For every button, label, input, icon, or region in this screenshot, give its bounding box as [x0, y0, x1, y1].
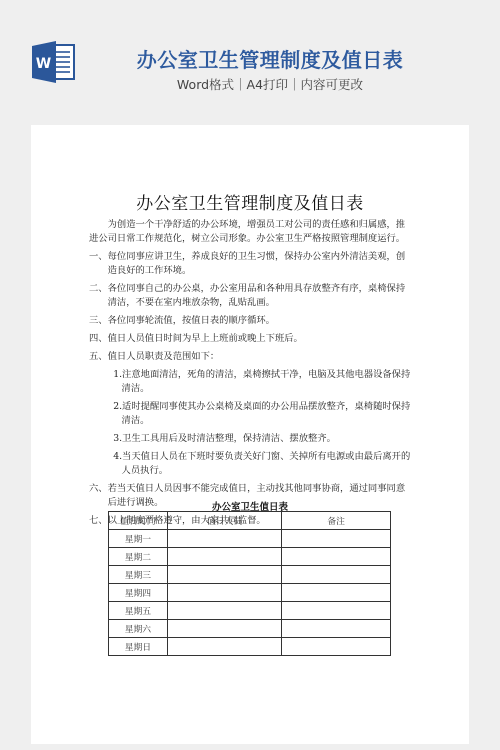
day-cell: 星期一 — [109, 530, 168, 548]
notes-cell — [282, 602, 391, 620]
word-icon: W — [30, 40, 76, 84]
rule-item: 二、各位同事自己的办公桌，办公室用品和各种用具存放整齐有序，桌椅保持清洁，不要在… — [89, 282, 411, 310]
duty-roster-table: 值日时间 值日人员 备注 星期一 星期二 星期三 星期四 星期五 — [108, 511, 391, 656]
document-body: 为创造一个干净舒适的办公环境，增强员工对公司的责任感和归属感，推进公司日常工作规… — [89, 218, 411, 532]
rule-item: 三、各位同事轮流值，按值日表的顺序循环。 — [89, 314, 411, 328]
notes-cell — [282, 530, 391, 548]
day-cell: 星期四 — [109, 584, 168, 602]
day-cell: 星期二 — [109, 548, 168, 566]
notes-cell — [282, 584, 391, 602]
day-cell: 星期五 — [109, 602, 168, 620]
table-row: 星期三 — [109, 566, 391, 584]
notes-cell — [282, 566, 391, 584]
intro-paragraph: 为创造一个干净舒适的办公环境，增强员工对公司的责任感和归属感，推进公司日常工作规… — [89, 218, 411, 246]
table-header-row: 值日时间 值日人员 备注 — [109, 512, 391, 530]
svg-text:W: W — [36, 56, 51, 72]
rule-item: 一、每位同事应讲卫生，养成良好的卫生习惯，保持办公室内外清洁美观，创造良好的工作… — [89, 250, 411, 278]
column-header: 值日时间 — [109, 512, 168, 530]
duty-item: 4.当天值日人员在下班时要负责关好门窗、关掉所有电源或由最后离开的人员执行。 — [85, 450, 411, 478]
staff-cell — [167, 602, 282, 620]
staff-cell — [167, 566, 282, 584]
table-row: 星期四 — [109, 584, 391, 602]
rule-item: 五、值日人员职责及范围如下： — [89, 350, 411, 364]
duty-item: 3.卫生工具用后及时清洁整理，保持清洁、摆放整齐。 — [85, 432, 411, 446]
duty-item: 1.注意地面清洁，死角的清洁，桌椅擦拭干净，电脑及其他电器设备保持清洁。 — [85, 368, 411, 396]
day-cell: 星期六 — [109, 620, 168, 638]
column-header: 备注 — [282, 512, 391, 530]
preview-header: W 办公室卫生管理制度及值日表 Word格式｜A4打印｜内容可更改 — [0, 0, 500, 125]
notes-cell — [282, 638, 391, 656]
header-title: 办公室卫生管理制度及值日表 — [100, 44, 440, 73]
staff-cell — [167, 530, 282, 548]
document-title: 办公室卫生管理制度及值日表 — [31, 189, 469, 214]
document-page: 办公室卫生管理制度及值日表 为创造一个干净舒适的办公环境，增强员工对公司的责任感… — [31, 125, 469, 744]
column-header: 值日人员 — [167, 512, 282, 530]
staff-cell — [167, 638, 282, 656]
staff-cell — [167, 584, 282, 602]
table-row: 星期六 — [109, 620, 391, 638]
staff-cell — [167, 620, 282, 638]
table-row: 星期二 — [109, 548, 391, 566]
staff-cell — [167, 548, 282, 566]
day-cell: 星期三 — [109, 566, 168, 584]
duty-item: 2.适时提醒同事使其办公桌椅及桌面的办公用品摆放整齐，桌椅随时保持清洁。 — [85, 400, 411, 428]
table-row: 星期五 — [109, 602, 391, 620]
notes-cell — [282, 620, 391, 638]
day-cell: 星期日 — [109, 638, 168, 656]
notes-cell — [282, 548, 391, 566]
table-row: 星期日 — [109, 638, 391, 656]
header-subtitle: Word格式｜A4打印｜内容可更改 — [100, 75, 440, 93]
rule-item: 四、值日人员值日时间为早上上班前或晚上下班后。 — [89, 332, 411, 346]
table-row: 星期一 — [109, 530, 391, 548]
